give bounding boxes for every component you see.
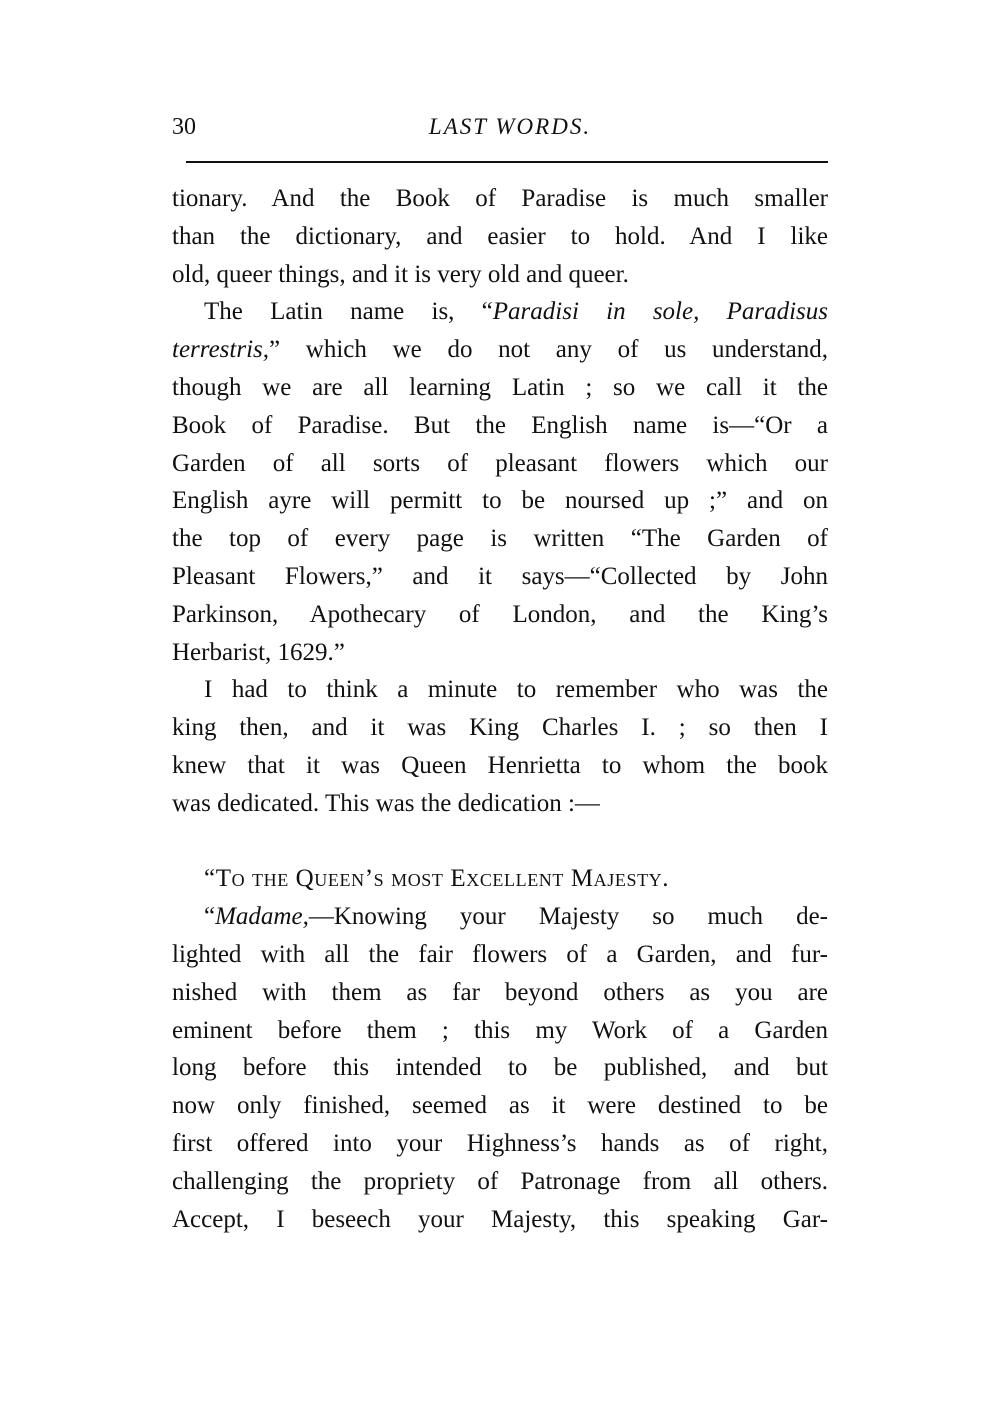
text-line: Book of Paradise. But the English name i…	[172, 407, 828, 445]
text-line: challenging the propriety of Patronage f…	[172, 1163, 828, 1201]
text-line: though we are all learning Latin ; so we…	[172, 369, 828, 407]
text-line: first offered into your Highness’s hands…	[172, 1125, 828, 1163]
text-line: The Latin name is, “Paradisi in sole, Pa…	[172, 293, 828, 331]
text-line: I had to think a minute to remember who …	[172, 671, 828, 709]
text-line: Parkinson, Apothecary of London, and the…	[172, 596, 828, 634]
text-line: old, queer things, and it is very old an…	[172, 256, 828, 294]
text-line: king then, and it was King Charles I. ; …	[172, 709, 828, 747]
salutation-italic: Madame,	[215, 903, 309, 930]
text-line: lighted with all the fair flowers of a G…	[172, 936, 828, 974]
text-line: Accept, I beseech your Majesty, this spe…	[172, 1201, 828, 1239]
paragraph-1: tionary. And the Book of Paradise is muc…	[172, 180, 828, 293]
text-run: The Latin name is, “	[204, 298, 493, 325]
paragraph-3: I had to think a minute to remember who …	[172, 671, 828, 822]
text-line: was dedicated. This was the dedication :…	[172, 785, 828, 823]
paragraph-dedication: “Madame,—Knowing your Majesty so much de…	[172, 898, 828, 1238]
latin-title-italic: terrestris,	[172, 336, 269, 363]
text-run: —Knowing your Majesty so much de-	[309, 903, 828, 930]
header-rule	[186, 161, 828, 163]
text-line: now only finished, seemed as it were des…	[172, 1087, 828, 1125]
text-run: “	[204, 903, 215, 930]
body-text: tionary. And the Book of Paradise is muc…	[172, 180, 828, 1238]
text-line: knew that it was Queen Henrietta to whom…	[172, 747, 828, 785]
text-line: than the dictionary, and easier to hold.…	[172, 218, 828, 256]
text-line: eminent before them ; this my Work of a …	[172, 1012, 828, 1050]
book-page: 30 LAST WORDS. tionary. And the Book of …	[0, 0, 1000, 1424]
text-line: the top of every page is written “The Ga…	[172, 520, 828, 558]
text-line: Garden of all sorts of pleasant flowers …	[172, 445, 828, 483]
paragraph-2: The Latin name is, “Paradisi in sole, Pa…	[172, 293, 828, 671]
text-line: English ayre will permitt to be noursed …	[172, 482, 828, 520]
paragraph-gap	[172, 823, 828, 861]
running-title: LAST WORDS.	[172, 112, 828, 142]
text-line: Herbarist, 1629.”	[172, 634, 828, 672]
text-line: tionary. And the Book of Paradise is muc…	[172, 180, 828, 218]
text-line: Pleasant Flowers,” and it says—“Collecte…	[172, 558, 828, 596]
dedication-heading: “To the Queen’s most Excellent Majesty.	[172, 860, 828, 898]
running-head: 30 LAST WORDS.	[172, 112, 828, 142]
text-run: ” which we do not any of us understand,	[269, 336, 828, 363]
text-line: nished with them as far beyond others as…	[172, 974, 828, 1012]
text-line: “Madame,—Knowing your Majesty so much de…	[172, 898, 828, 936]
text-line: terrestris,” which we do not any of us u…	[172, 331, 828, 369]
latin-title-italic: Paradisi in sole, Paradisus	[493, 298, 828, 325]
text-line: long before this intended to be publishe…	[172, 1049, 828, 1087]
